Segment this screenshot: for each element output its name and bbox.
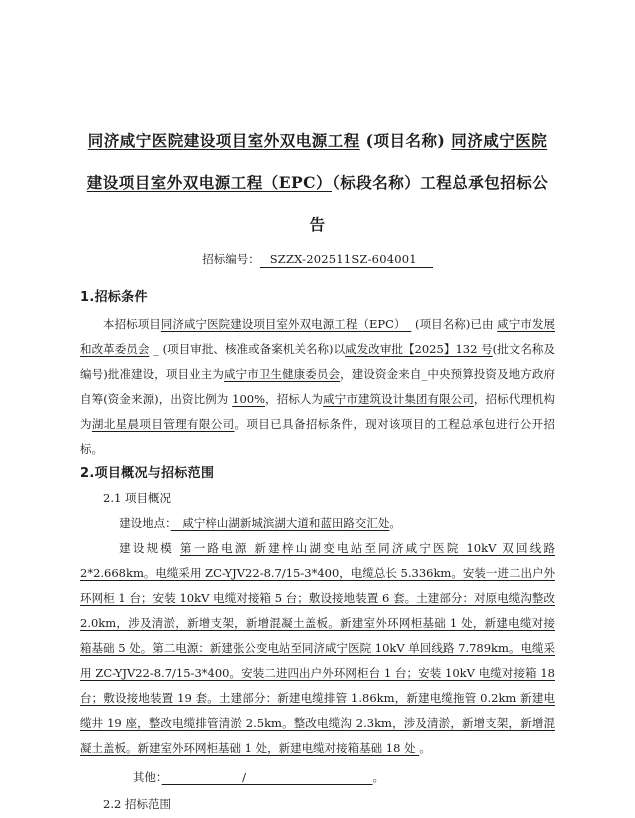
construction-location-line: 建设地点： 咸宁梓山湖新城滨湖大道和蓝田路交汇处。	[80, 511, 555, 536]
tender-number-value: SZZX-202511SZ-604001	[260, 252, 433, 268]
section-1-heading: 1.招标条件	[80, 288, 555, 308]
section-2-heading: 2.项目概况与招标范围	[80, 464, 555, 484]
construction-scale-paragraph: 建设规模 第一路电源 新建梓山湖变电站至同济咸宁医院 10kV 双回线路 2*2…	[80, 536, 555, 761]
document-page: 同济咸宁医院建设项目室外双电源工程 (项目名称) 同济咸宁医院建设项目室外双电源…	[0, 0, 635, 818]
section-1-paragraph: 本招标项目同济咸宁医院建设项目室外双电源工程（EPC） (项目名称)已由 咸宁市…	[80, 312, 555, 462]
subsection-2-2-heading: 2.2 招标范围	[80, 792, 555, 817]
document-title: 同济咸宁医院建设项目室外双电源工程 (项目名称) 同济咸宁医院建设项目室外双电源…	[80, 120, 555, 246]
tender-number-label: 招标编号：	[202, 252, 260, 266]
tender-number-line: 招标编号：SZZX-202511SZ-604001	[80, 250, 555, 268]
other-field-line: 其他： / 。	[80, 765, 555, 790]
subsection-2-1-heading: 2.1 项目概况	[80, 486, 555, 511]
